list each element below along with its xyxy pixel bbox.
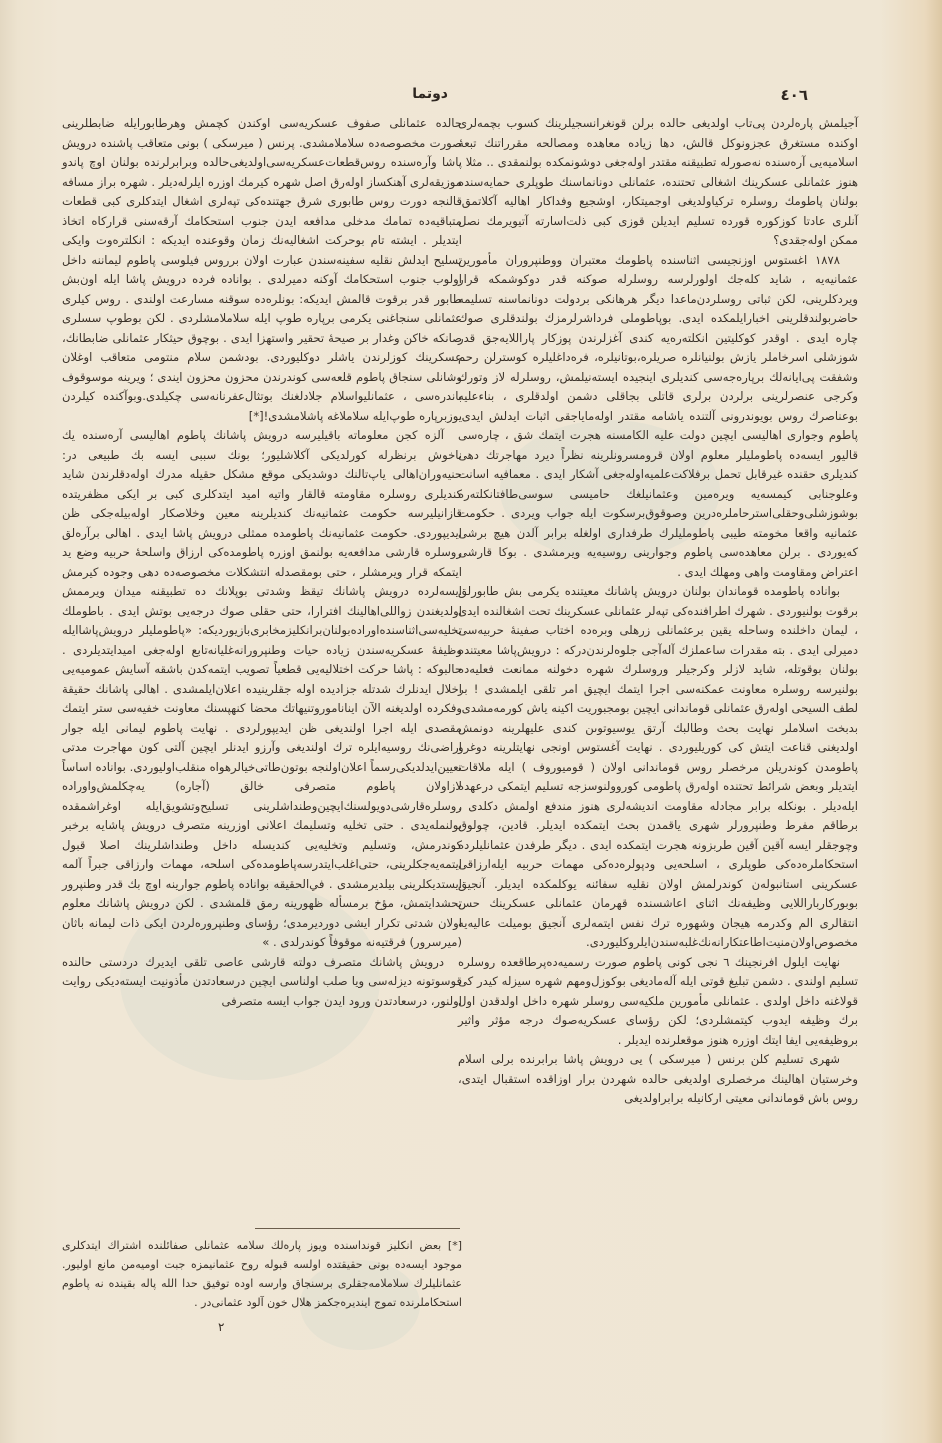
paragraph: آلزە كجن معلوماتە باقیلیرسە درویش پاشانك… [62,426,462,953]
footnote-block: [*] بعض انكلیز قونداسندە ویوز پارەلك سلا… [62,1236,462,1312]
page-header: ٤٠٦ دوتما [60,86,860,112]
paragraph: بوانادە پاطومدە قوماندان بولنان درویش پا… [458,582,858,953]
scanned-page: ٤٠٦ دوتما آجیلمش پارەلردن پی‌تاب اولدیغی… [0,0,942,1443]
footnote: [*] بعض انكلیز قونداسندە ویوز پارەلك سلا… [62,1236,462,1312]
paragraph: حالدە عثمانلی صفوف عسكریەسی اوكندن كچمش … [62,114,462,426]
left-column: حالدە عثمانلی صفوف عسكریەسی اوكندن كچمش … [62,114,462,1011]
right-column: آجیلمش پارەلردن پی‌تاب اولدیغی حالدە برل… [458,114,858,1109]
paragraph: آجیلمش پارەلردن پی‌تاب اولدیغی حالدە برل… [458,114,858,251]
running-title: دوتما [412,86,448,102]
paragraph: درویش پاشانك متصرف دولتە قارشی عاصی تلقی… [62,953,462,1012]
footnote-divider [255,1228,460,1229]
page-number: ٤٠٦ [781,86,808,104]
paragraph: نهایت ایلول افرنجینك ٦ نجی كونی پاطوم صو… [458,953,858,1051]
paragraph: ١٨٧٨ اغستوس اوزنجیسی اثناسندە پاطومك معت… [458,251,858,583]
paragraph: شهری تسلیم كلن برنس ( میرسكی ) یی درویش … [458,1050,858,1109]
signature-mark: ٢ [218,1320,224,1334]
